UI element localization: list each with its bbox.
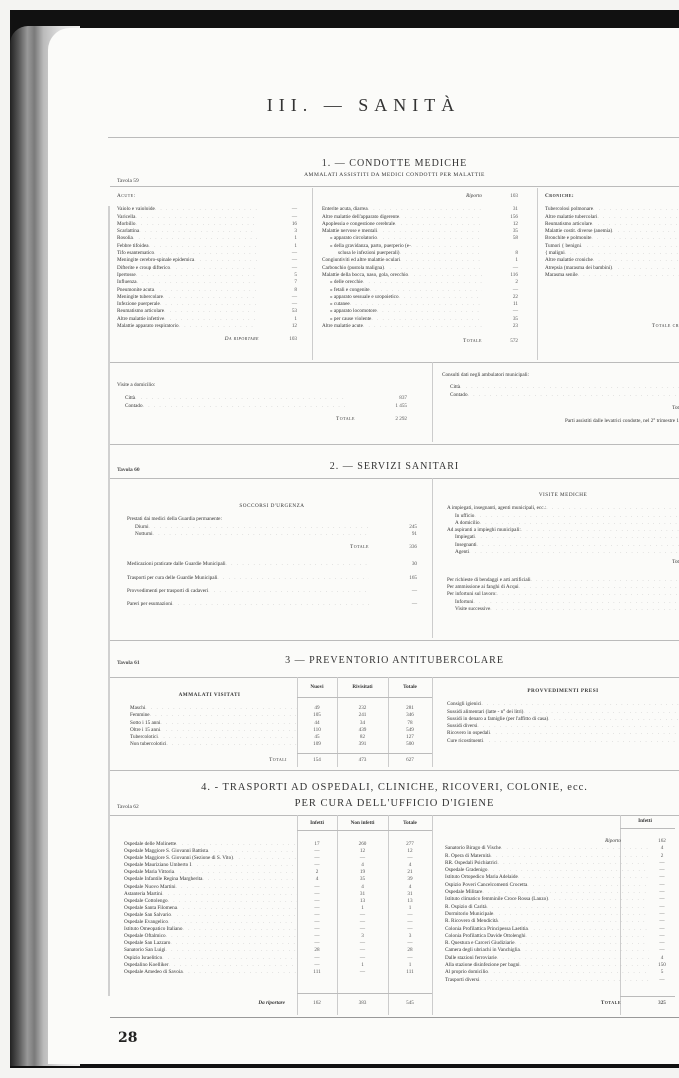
row-label: Malattie della bocca, naso, gola, orecch… [322, 272, 408, 279]
row-label: Insegnanti [455, 542, 477, 549]
row-value: 5 [649, 969, 675, 976]
row-label: Agenti [455, 549, 469, 556]
leader-dots [170, 940, 297, 947]
row-label: Maschi [130, 705, 145, 712]
row-value: 53 [257, 308, 297, 315]
row-value: — [337, 947, 388, 954]
row-label: Malattie nervose e mentali [322, 228, 377, 235]
t62-da-riportare-infetti: 162 [297, 1000, 337, 1007]
ammalati-header: AMMALATI VISITATI [127, 692, 292, 699]
leader-dots [593, 257, 679, 264]
t62-right-table: Riporto162 Sanatorio Birago di Vische4R.… [445, 838, 675, 984]
leader-dots [363, 279, 482, 286]
t61-totali-totale: 627 [388, 757, 432, 764]
row-value: 391 [337, 741, 388, 748]
row-value: 5 [257, 272, 297, 279]
row-label: Astanteria Martini [124, 891, 162, 898]
column-divider [432, 362, 433, 442]
row-label: Città [450, 384, 460, 391]
row-value: 260 [337, 841, 388, 848]
leader-dots [170, 265, 257, 272]
visite-row: Per infortuni sul lavoro: [447, 591, 679, 598]
acute-row: Infezione puerperale— [117, 301, 297, 308]
divider [110, 1017, 679, 1018]
leader-dots [139, 228, 257, 235]
row-value: — [388, 955, 432, 962]
row-label: Ospizio Israelitico [124, 955, 162, 962]
row-value: — [297, 855, 337, 862]
leader-dots [400, 250, 482, 257]
row-value: 1 [257, 235, 297, 242]
leader-dots [160, 301, 257, 308]
visite-row: In ufficio [447, 513, 679, 520]
middle-row: Apoplessia e congestione cerebrale12 [322, 221, 518, 228]
row-label: Altre malattie infettive [117, 316, 164, 323]
row-value: 30 [369, 561, 417, 568]
leader-dots [497, 591, 679, 598]
leader-dots [491, 853, 649, 860]
visite-row: Insegnanti [447, 542, 679, 549]
row-label: Malattie costit. diverse (anemia) [545, 228, 612, 235]
croniche-row: Bronchite e polmonite [545, 235, 679, 242]
row-value: — [337, 912, 388, 919]
da-riportare-label: Da riportare [225, 336, 259, 343]
row-value: 346 [388, 712, 432, 719]
row-label: Consigli igienici [447, 701, 481, 708]
row-label: Reumatismo articolare [117, 308, 164, 315]
t61-heading: 3 — PREVENTORIO ANTITUBERCOLARE [110, 655, 679, 666]
visite-header: VISITE MEDICHE [447, 492, 679, 499]
row-label: Contado [450, 392, 468, 399]
row-value: — [257, 206, 297, 213]
leader-dots [526, 933, 649, 940]
visite-row: Per richieste di bendaggi e arti artific… [447, 577, 679, 584]
leader-dots [565, 250, 679, 257]
row-label: Infezione puerperale [117, 301, 160, 308]
row-value: 1 [388, 962, 432, 969]
row-value: 11 [482, 301, 518, 308]
leader-dots [135, 214, 257, 221]
row-value: 21 [388, 869, 432, 876]
t62-row: Ospedalino Koelliker—11 [124, 962, 432, 969]
row-value: 28 [388, 947, 432, 954]
leader-dots [183, 969, 297, 976]
row-label: Dalle stazioni ferroviarie [445, 955, 497, 962]
middle-row: Carbonchio (pustola maligna)— [322, 265, 518, 272]
row-value: 31 [388, 891, 432, 898]
visite-tot-label: Tot [672, 559, 679, 566]
row-value: 4 [297, 876, 337, 883]
row-value: 837 [347, 395, 407, 402]
row-value: — [297, 884, 337, 891]
row-label: Malattie apparato respiratorio [117, 323, 179, 330]
soccorsi-table: SOCCORSI D'URGENZA Prestati dai medici d… [127, 503, 417, 615]
leader-dots [395, 221, 482, 228]
t62-row: Ospizio Israelitico——— [124, 955, 432, 962]
leader-dots [473, 599, 679, 606]
t61-totali-row: Totali 154 473 627 [130, 757, 432, 764]
croniche-row: Altre malattie croniche [545, 257, 679, 264]
t62-riporto-label: Riporto [605, 838, 621, 845]
row-value: — [337, 926, 388, 933]
row-label: Ospedale Nuovo Martini [124, 884, 176, 891]
divider [110, 770, 679, 771]
t62-right-row: Alla stazione disinfezione per bagni150 [445, 962, 675, 969]
row-label: In ufficio [455, 513, 474, 520]
row-label: » per cause violente [330, 316, 371, 323]
divider [297, 993, 432, 994]
divider [110, 640, 679, 641]
divider [110, 478, 679, 479]
visits-totale-label: Totale [336, 416, 355, 423]
leader-dots [460, 384, 679, 391]
t62-right-row: Istituto Ortopedico Maria Adelaide— [445, 874, 675, 881]
leader-dots [377, 235, 482, 242]
row-value: 1 [257, 316, 297, 323]
leader-dots [477, 723, 679, 730]
riporto-label: Riporto [466, 193, 482, 200]
row-label: Tubercolotici [130, 734, 158, 741]
t61-col-rivisitati: Rivisitati [337, 684, 388, 690]
t62-right-row: Ospedale Gradenigo— [445, 867, 675, 874]
middle-row: » delle orecchie2 [322, 279, 518, 286]
visits-row: Contado1 455 [117, 403, 407, 410]
row-label: Pareri per esumazioni [127, 601, 172, 608]
leader-dots [490, 730, 679, 737]
middle-row: sclusa le infezioni puerperali)8 [322, 250, 518, 257]
column-divider [537, 188, 538, 360]
row-label: Per infortuni sul lavoro: [447, 591, 497, 598]
leader-dots [166, 741, 297, 748]
croniche-row: Tubercolosi polmonare [545, 206, 679, 213]
t62-row: Ospedale Maggiore S. Giovanni (Sezione d… [124, 855, 432, 862]
soccorsi-header: SOCCORSI D'URGENZA [127, 503, 417, 510]
row-value: 165 [369, 575, 417, 582]
acute-row: Ipertosse5 [117, 272, 297, 279]
row-label: » delle orecchie [330, 279, 363, 286]
acute-row: Pneumonite acuta8 [117, 287, 297, 294]
row-label: Congiuntiviti ed altre malattie oculari [322, 257, 400, 264]
row-value: 549 [388, 727, 432, 734]
t61-col-nuovi: Nuovi [297, 684, 337, 690]
t59-middle-table: Riporto103 Enterite acuta, diarrea31Altr… [322, 193, 518, 346]
row-label: Pneumonite acuta [117, 287, 154, 294]
provvedimento-row: Ricovero in ospedali [447, 730, 679, 737]
middle-row: » apparato circolatorio58 [322, 235, 518, 242]
divider [297, 830, 432, 831]
row-value: 1 [257, 243, 297, 250]
leader-dots [363, 323, 482, 330]
leader-dots [497, 955, 649, 962]
acute-row: Influenza7 [117, 279, 297, 286]
row-label: Apoplessia e congestione cerebrale [322, 221, 395, 228]
t62-right-row: Ospizio Poveri Cancelcomenti Crocetta— [445, 882, 675, 889]
t62-row: Ospedale Mauriziano Umberto I—44 [124, 862, 432, 869]
t62-right-row: Colonia Profilattica Davide Ottolenghi— [445, 933, 675, 940]
row-label: Ospedale Mauriziano Umberto I [124, 862, 191, 869]
t62-right-row: RR. Ospedali Psichiatrici— [445, 860, 675, 867]
services-row: Provvedimenti per trasporti di cadaveri— [127, 588, 417, 595]
row-value: 91 [369, 531, 417, 538]
provvedimento-row: Consigli igienici [447, 701, 679, 708]
leader-dots [154, 287, 257, 294]
t61-col-totale: Totale [388, 684, 432, 690]
row-value: 49 [297, 705, 337, 712]
row-value: 19 [337, 869, 388, 876]
t59-heading: 1. — CONDOTTE MEDICHE [110, 158, 679, 169]
acute-row: Rosolia1 [117, 235, 297, 242]
da-riportare-value: 103 [279, 336, 297, 343]
row-value: 4 [388, 862, 432, 869]
row-label: Altre malattie dell'apparato digerente [322, 214, 399, 221]
row-label: Altre malattie tubercolari [545, 214, 597, 221]
leader-dots [135, 395, 347, 402]
t59-acute-table: Acute: Vaiolo e vaioloide—Varicella—Morb… [117, 193, 297, 344]
t62-row: Ospedale delle Molinette17260277 [124, 841, 432, 848]
divider [110, 362, 679, 363]
leader-dots [498, 918, 649, 925]
leader-dots [487, 904, 650, 911]
leader-dots [166, 933, 297, 940]
row-label: » apparato sessuale e uropoietico [330, 294, 399, 301]
leader-dots [208, 588, 369, 595]
t62-right-row: Trasporti diversi— [445, 977, 675, 984]
ambulatori-header: Consulti dati negli ambulatori municipal… [442, 372, 529, 379]
row-label: Città [125, 395, 135, 402]
t59-caption: AMMALATI ASSISTITI DA MEDICI CONDOTTI PE… [110, 172, 679, 178]
row-label: Sanatorio Birago di Vische [445, 845, 501, 852]
row-value: — [482, 308, 518, 315]
t62-heading-1: 4. - TRASPORTI AD OSPEDALI, CLINICHE, RI… [110, 782, 679, 793]
leader-dots [475, 534, 679, 541]
row-value: 7 [257, 279, 297, 286]
row-label: Vaiolo e vaioloide [117, 206, 155, 213]
row-value: 116 [482, 272, 518, 279]
t62-totale-label: Totale [601, 1000, 621, 1007]
leader-dots [480, 520, 679, 527]
leader-dots [384, 265, 482, 272]
croniche-row: Marasma senile [545, 272, 679, 279]
leader-dots [581, 243, 679, 250]
row-value: — [297, 933, 337, 940]
row-label: Colonia Profilattica Davide Ottolenghi [445, 933, 526, 940]
t61-row: Oltre i 15 anni110439549 [130, 727, 432, 734]
provvedimento-row: Sussidi alimentari (latte - n° dei litri… [447, 709, 679, 716]
croniche-row: Malattie costit. diverse (anemia) [545, 228, 679, 235]
row-label: Contado [125, 403, 143, 410]
row-value: 150 [649, 962, 675, 969]
t62-row: Ospedale Nuovo Martini—44 [124, 884, 432, 891]
row-value: — [649, 896, 675, 903]
row-label: » apparato circolatorio [330, 235, 377, 242]
t62-right-row: Al proprio domicilio5 [445, 969, 675, 976]
divider [110, 677, 679, 678]
row-value: 3 [337, 933, 388, 940]
row-label: Sussidi in denaro a famiglie (per l'affi… [447, 716, 548, 723]
t61-totali-nuovi: 154 [297, 757, 337, 764]
divider [620, 996, 675, 997]
row-value: — [649, 860, 675, 867]
row-value: — [649, 889, 675, 896]
visite-row: Ad aspiranti a impieghi municipali: [447, 527, 679, 534]
t62-row: Ospedale San Lazzaro——— [124, 940, 432, 947]
row-label: Ospedale Oftalmico [124, 933, 166, 940]
row-value: — [388, 919, 432, 926]
row-label: Visite successive [455, 606, 490, 613]
row-value: 22 [482, 294, 518, 301]
row-label: Medicazioni praticate dalle Guardie Muni… [127, 561, 226, 568]
leader-dots [177, 905, 297, 912]
provvedimenti-header: PROVVEDIMENTI PRESI [447, 688, 679, 695]
row-value: — [649, 947, 675, 954]
row-label: Varicella [117, 214, 135, 221]
visite-row: Visite successive [447, 606, 679, 613]
row-label: Dormitorio Municipale [445, 911, 493, 918]
row-label: Tumori { benigni [545, 243, 581, 250]
row-label: Ospedale Cottolengo [124, 898, 168, 905]
croniche-row: Tumori { benigni [545, 243, 679, 250]
row-value: 232 [337, 705, 388, 712]
row-value: 12 [388, 848, 432, 855]
leader-dots [145, 705, 297, 712]
row-value: — [388, 926, 432, 933]
leader-dots [136, 272, 257, 279]
prestati-label: Prestati dai medici della Guardia perman… [127, 516, 222, 523]
row-label: Ospedale Maggiore S. Giovanni (Sezione d… [124, 855, 233, 862]
leader-dots [411, 243, 482, 250]
t60-totale-label: Totale [350, 544, 369, 551]
leader-dots [160, 727, 297, 734]
row-label: R. Opera di Maternità [445, 853, 491, 860]
row-value: — [649, 977, 675, 984]
leader-dots [521, 527, 679, 534]
t62-row: Ospedale San Salvario——— [124, 912, 432, 919]
services-row: Pareri per esumazioni— [127, 601, 417, 608]
row-label: Ospedale Gradenigo [445, 867, 488, 874]
row-label: { maligni [545, 250, 565, 257]
leader-dots [169, 962, 297, 969]
divider [297, 753, 432, 754]
leader-dots [162, 955, 297, 962]
row-value: 12 [257, 323, 297, 330]
row-value: 31 [337, 891, 388, 898]
acute-row: Meningite cerebro-spinale epidemica— [117, 257, 297, 264]
ambulatori-row: Città [442, 384, 679, 391]
middle-row: Malattie della bocca, naso, gola, orecch… [322, 272, 518, 279]
t61-row: Tubercolotici4582127 [130, 734, 432, 741]
row-value: — [649, 904, 675, 911]
leader-dots [531, 577, 679, 584]
leader-dots [350, 301, 482, 308]
leader-dots [578, 272, 679, 279]
row-value: 110 [297, 727, 337, 734]
row-value: — [482, 287, 518, 294]
leader-dots [377, 228, 482, 235]
row-value: 1 455 [347, 403, 407, 410]
row-value: 12 [482, 221, 518, 228]
acute-row: Difterite e croup difterico— [117, 265, 297, 272]
provvedimenti-table: PROVVEDIMENTI PRESI Consigli igieniciSus… [447, 688, 679, 745]
row-value: — [649, 867, 675, 874]
row-value: — [649, 933, 675, 940]
row-value: 35 [482, 228, 518, 235]
row-value: 28 [297, 947, 337, 954]
leader-dots [172, 601, 369, 608]
row-value: 78 [388, 720, 432, 727]
row-label: Ospedale San Salvario [124, 912, 171, 919]
t62-row: Istituto Omeopatico Italiano——— [124, 926, 432, 933]
row-value: 4 [388, 884, 432, 891]
leader-dots [501, 845, 649, 852]
row-value: 127 [388, 734, 432, 741]
row-value: 1 [482, 257, 518, 264]
row-value: 1 [337, 905, 388, 912]
row-value: 4 [649, 955, 675, 962]
leader-dots [153, 531, 369, 538]
row-label: Ospizio Poveri Cancelcomenti Crocetta [445, 882, 527, 889]
visits-row: Città837 [117, 395, 407, 402]
t62-riporto-value: 162 [649, 838, 675, 845]
row-value: 13 [337, 898, 388, 905]
leader-dots [546, 505, 679, 512]
visits-header: Visite a domicilio: [117, 382, 155, 389]
t59-croniche-table: Croniche: Tubercolosi polmonareAltre mal… [545, 193, 679, 331]
leader-dots [226, 561, 369, 568]
row-label: Difterite e croup difterico [117, 265, 170, 272]
row-label: Femmine [130, 712, 150, 719]
t62-right-row: R. Opera di Maternità2 [445, 853, 675, 860]
row-value: 439 [337, 727, 388, 734]
middle-row: » per cause violente35 [322, 316, 518, 323]
t62-row: Astanteria Martini—3131 [124, 891, 432, 898]
leader-dots [164, 308, 257, 315]
row-label: Influenza [117, 279, 137, 286]
t62-col-totale: Totale [388, 820, 432, 826]
row-label: Ospedale Santa Filomena [124, 905, 177, 912]
t61-row: Maschi49232281 [130, 705, 432, 712]
croniche-totale-label: Totale cr [652, 323, 679, 330]
leader-dots [149, 524, 369, 531]
croniche-row: Altre malattie tubercolari [545, 214, 679, 221]
t61-table: Maschi49232281Femmine105241346Sotto i 15… [130, 705, 432, 749]
leader-dots [490, 606, 679, 613]
t62-row: Ospedale Evangelico——— [124, 919, 432, 926]
t62-row: Ospedale Oftalmico—33 [124, 933, 432, 940]
leader-dots [498, 860, 649, 867]
leader-dots [519, 584, 679, 591]
t60-totale-value: 336 [399, 544, 417, 551]
t62-tavola-label: Tavola 62 [117, 804, 139, 810]
leader-dots [523, 709, 679, 716]
t62-row: Sanatorio San Luigi28—28 [124, 947, 432, 954]
acute-row: Varicella— [117, 214, 297, 221]
leader-dots [400, 257, 482, 264]
t62-right-row: Dalle stazioni ferroviarie4 [445, 955, 675, 962]
t61-totali-rivisitati: 473 [337, 757, 388, 764]
row-value: — [337, 969, 388, 976]
t62-totale-value: 325 [649, 1000, 675, 1007]
row-value: — [337, 940, 388, 947]
row-label: R. Questura e Carceri Giudiziarie [445, 940, 515, 947]
column-divider [312, 188, 313, 360]
croniche-row: Atrepsia (marasma dei bambini) [545, 265, 679, 272]
row-label: Sotto i 15 anni [130, 720, 160, 727]
acute-row: Malattie apparato respiratorio12 [117, 323, 297, 330]
leader-dots [593, 206, 679, 213]
row-value: — [297, 955, 337, 962]
row-label: Enterite acuta, diarrea [322, 206, 368, 213]
totale-value: 572 [504, 338, 518, 345]
